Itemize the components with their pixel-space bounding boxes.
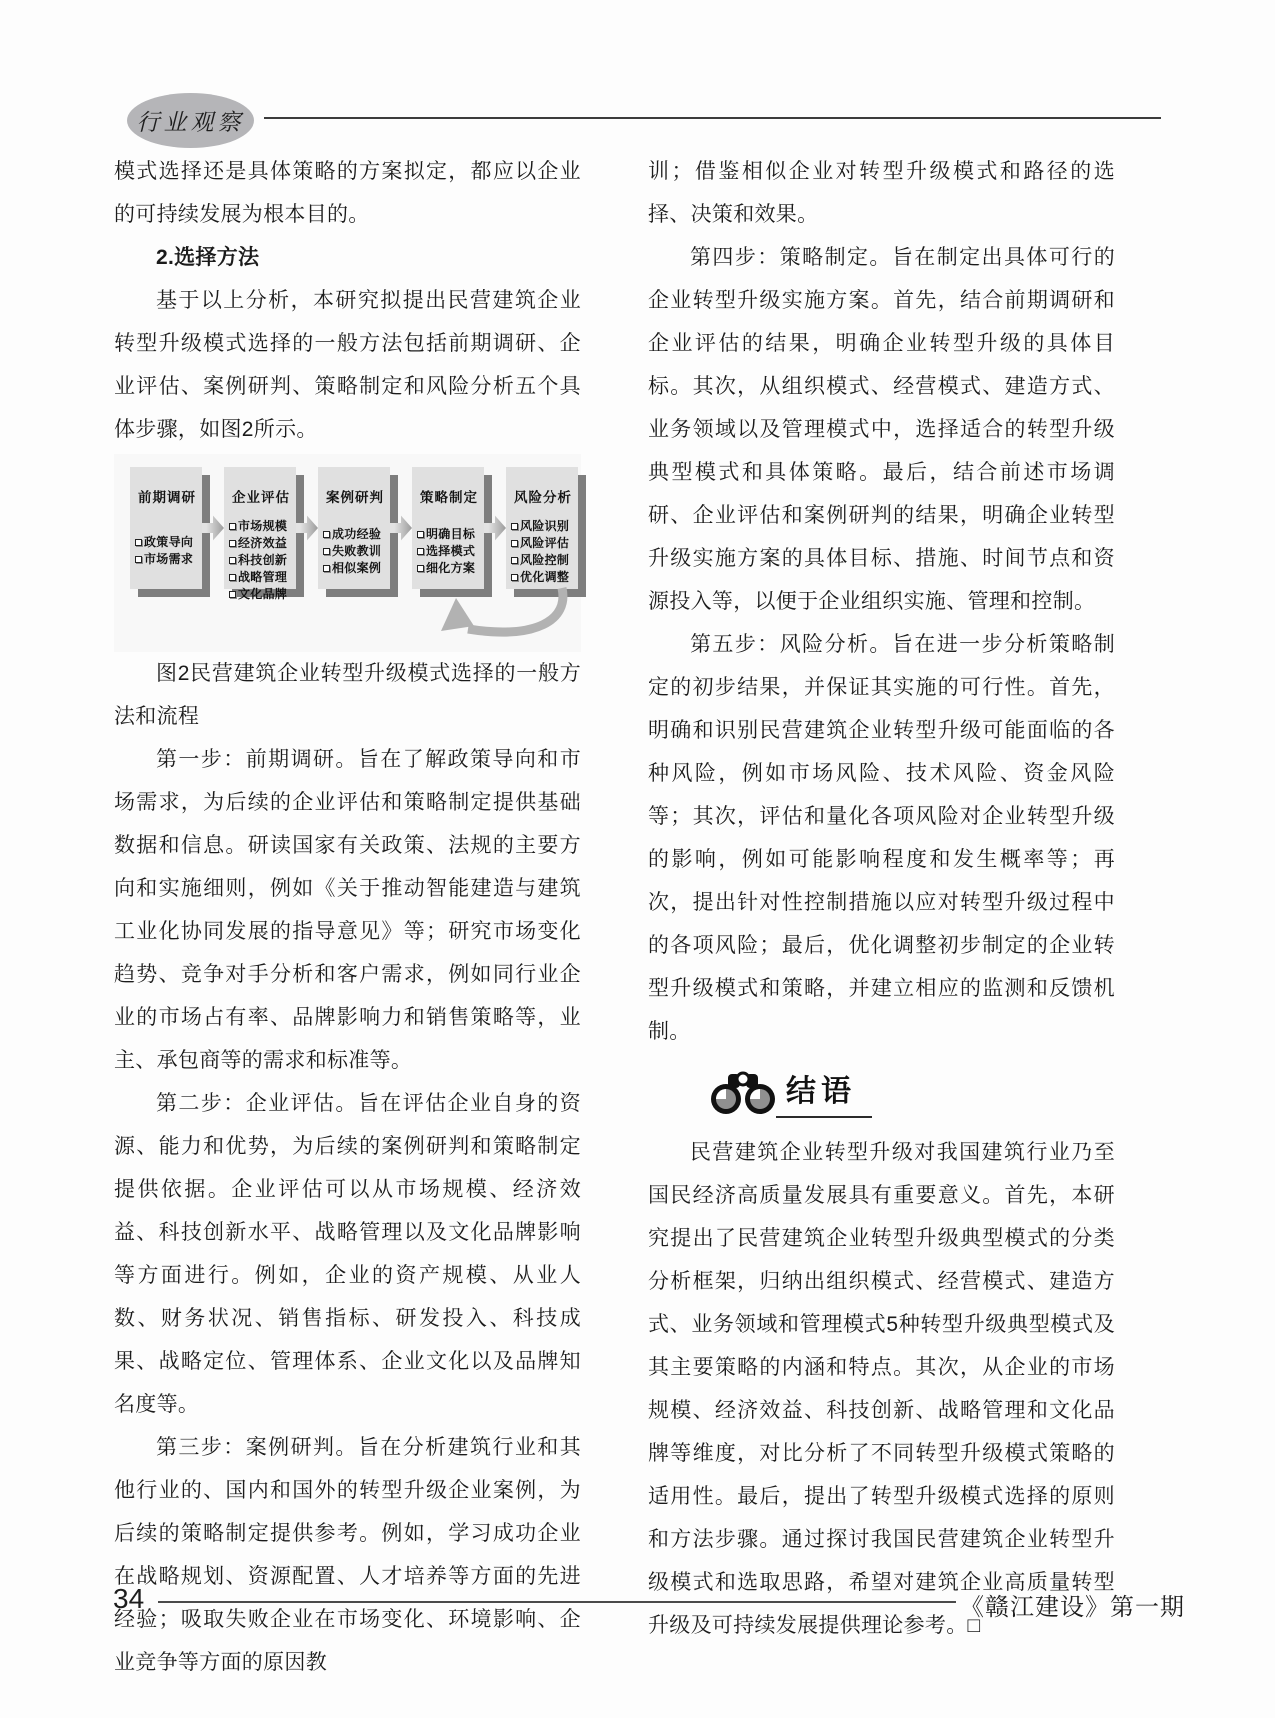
flow-step-item: 失败教训 bbox=[323, 544, 387, 559]
paragraph-intro: 基于以上分析，本研究拟提出民营建筑企业转型升级模式选择的一般方法包括前期调研、企… bbox=[114, 279, 581, 451]
flowchart-row: 前期调研 政策导向 市场需求 企业评估 市场规模 经济效益 科技创新 战略管理 … bbox=[130, 467, 578, 589]
flow-arrow-icon bbox=[390, 514, 412, 542]
paragraph-conclusion: 民营建筑企业转型升级对我国建筑行业乃至国民经济高质量发展具有重要意义。首先，本研… bbox=[648, 1131, 1115, 1647]
flow-step-item: 相似案例 bbox=[323, 561, 387, 576]
flow-step-title: 风险分析 bbox=[511, 476, 575, 519]
flow-step-item: 政策导向 bbox=[135, 535, 199, 550]
paragraph-step1: 第一步：前期调研。旨在了解政策导向和市场需求，为后续的企业评估和策略制定提供基础… bbox=[114, 738, 581, 1082]
flow-arrow-icon bbox=[202, 514, 224, 542]
flow-step-title: 案例研判 bbox=[323, 476, 387, 519]
paragraph-continued: 模式选择还是具体策略的方案拟定，都应以企业的可持续发展为根本目的。 bbox=[114, 150, 581, 236]
flow-step-item: 细化方案 bbox=[417, 561, 481, 576]
conclusion-heading: 结语 bbox=[776, 1075, 872, 1118]
flow-step-item: 明确目标 bbox=[417, 527, 481, 542]
flow-step-items: 明确目标 选择模式 细化方案 bbox=[417, 519, 481, 583]
paragraph-step2: 第二步：企业评估。旨在评估企业自身的资源、能力和优势，为后续的案例研判和策略制定… bbox=[114, 1082, 581, 1426]
paragraph-step5: 第五步：风险分析。旨在进一步分析策略制定的初步结果，并保证其实施的可行性。首先，… bbox=[648, 623, 1115, 1053]
page-number: 34 bbox=[113, 1583, 144, 1615]
figure-caption: 图2民营建筑企业转型升级模式选择的一般方法和流程 bbox=[114, 652, 581, 738]
flow-step-title: 策略制定 bbox=[417, 476, 481, 519]
paragraph-step4: 第四步：策略制定。旨在制定出具体可行的企业转型升级实施方案。首先，结合前期调研和… bbox=[648, 236, 1115, 623]
flow-step-item: 战略管理 bbox=[229, 570, 293, 585]
flow-step-item: 市场需求 bbox=[135, 552, 199, 567]
journal-page: 行业观察 模式选择还是具体策略的方案拟定，都应以企业的可持续发展为根本目的。 2… bbox=[0, 0, 1275, 1718]
flow-step-item: 优化调整 bbox=[511, 570, 575, 585]
right-column: 训；借鉴相似企业对转型升级模式和路径的选择、决策和效果。 第四步：策略制定。旨在… bbox=[648, 150, 1115, 1647]
flow-step-item: 风险识别 bbox=[511, 519, 575, 534]
flow-step-title: 企业评估 bbox=[229, 476, 293, 519]
section-subheading: 2.选择方法 bbox=[114, 236, 581, 279]
flow-step-item: 选择模式 bbox=[417, 544, 481, 559]
journal-issue: 《赣江建设》第一期 bbox=[960, 1587, 1185, 1622]
flow-step-item: 风险控制 bbox=[511, 553, 575, 568]
flow-step-items: 风险识别 风险评估 风险控制 优化调整 bbox=[511, 519, 575, 585]
flow-step-items: 成功经验 失败教训 相似案例 bbox=[323, 519, 387, 583]
flow-arrow-icon bbox=[484, 514, 506, 542]
flow-step-box-strategy: 策略制定 明确目标 选择模式 细化方案 bbox=[412, 467, 484, 589]
feedback-arrow-icon bbox=[414, 586, 574, 648]
flow-step-items: 政策导向 市场需求 bbox=[135, 519, 199, 583]
footer-rule bbox=[158, 1601, 956, 1603]
flow-arrow-icon bbox=[296, 514, 318, 542]
figure-flowchart: 前期调研 政策导向 市场需求 企业评估 市场规模 经济效益 科技创新 战略管理 … bbox=[114, 454, 581, 652]
paragraph-continued: 训；借鉴相似企业对转型升级模式和路径的选择、决策和效果。 bbox=[648, 150, 1115, 236]
flow-step-box-survey: 前期调研 政策导向 市场需求 bbox=[130, 467, 202, 589]
flow-step-box-risk: 风险分析 风险识别 风险评估 风险控制 优化调整 bbox=[506, 467, 578, 589]
flow-step-title: 前期调研 bbox=[135, 476, 199, 519]
flow-step-box-evaluate: 企业评估 市场规模 经济效益 科技创新 战略管理 文化品牌 bbox=[224, 467, 296, 589]
flow-step-item: 文化品牌 bbox=[229, 587, 293, 602]
header-rule bbox=[264, 117, 1161, 119]
paragraph-step3: 第三步：案例研判。旨在分析建筑行业和其他行业的、国内和国外的转型升级企业案例，为… bbox=[114, 1426, 581, 1684]
conclusion-heading-block: 结语 bbox=[710, 1066, 1115, 1118]
flow-step-item: 成功经验 bbox=[323, 527, 387, 542]
flow-step-items: 市场规模 经济效益 科技创新 战略管理 文化品牌 bbox=[229, 519, 293, 602]
badge-label: 行业观察 bbox=[137, 104, 245, 137]
flow-step-item: 市场规模 bbox=[229, 519, 293, 534]
left-column: 模式选择还是具体策略的方案拟定，都应以企业的可持续发展为根本目的。 2.选择方法… bbox=[114, 150, 581, 1684]
industry-watch-badge: 行业观察 bbox=[127, 93, 254, 148]
flow-step-item: 风险评估 bbox=[511, 536, 575, 551]
flow-step-item: 经济效益 bbox=[229, 536, 293, 551]
flow-step-item: 科技创新 bbox=[229, 553, 293, 568]
flow-step-box-case: 案例研判 成功经验 失败教训 相似案例 bbox=[318, 467, 390, 589]
binoculars-icon bbox=[710, 1070, 776, 1116]
